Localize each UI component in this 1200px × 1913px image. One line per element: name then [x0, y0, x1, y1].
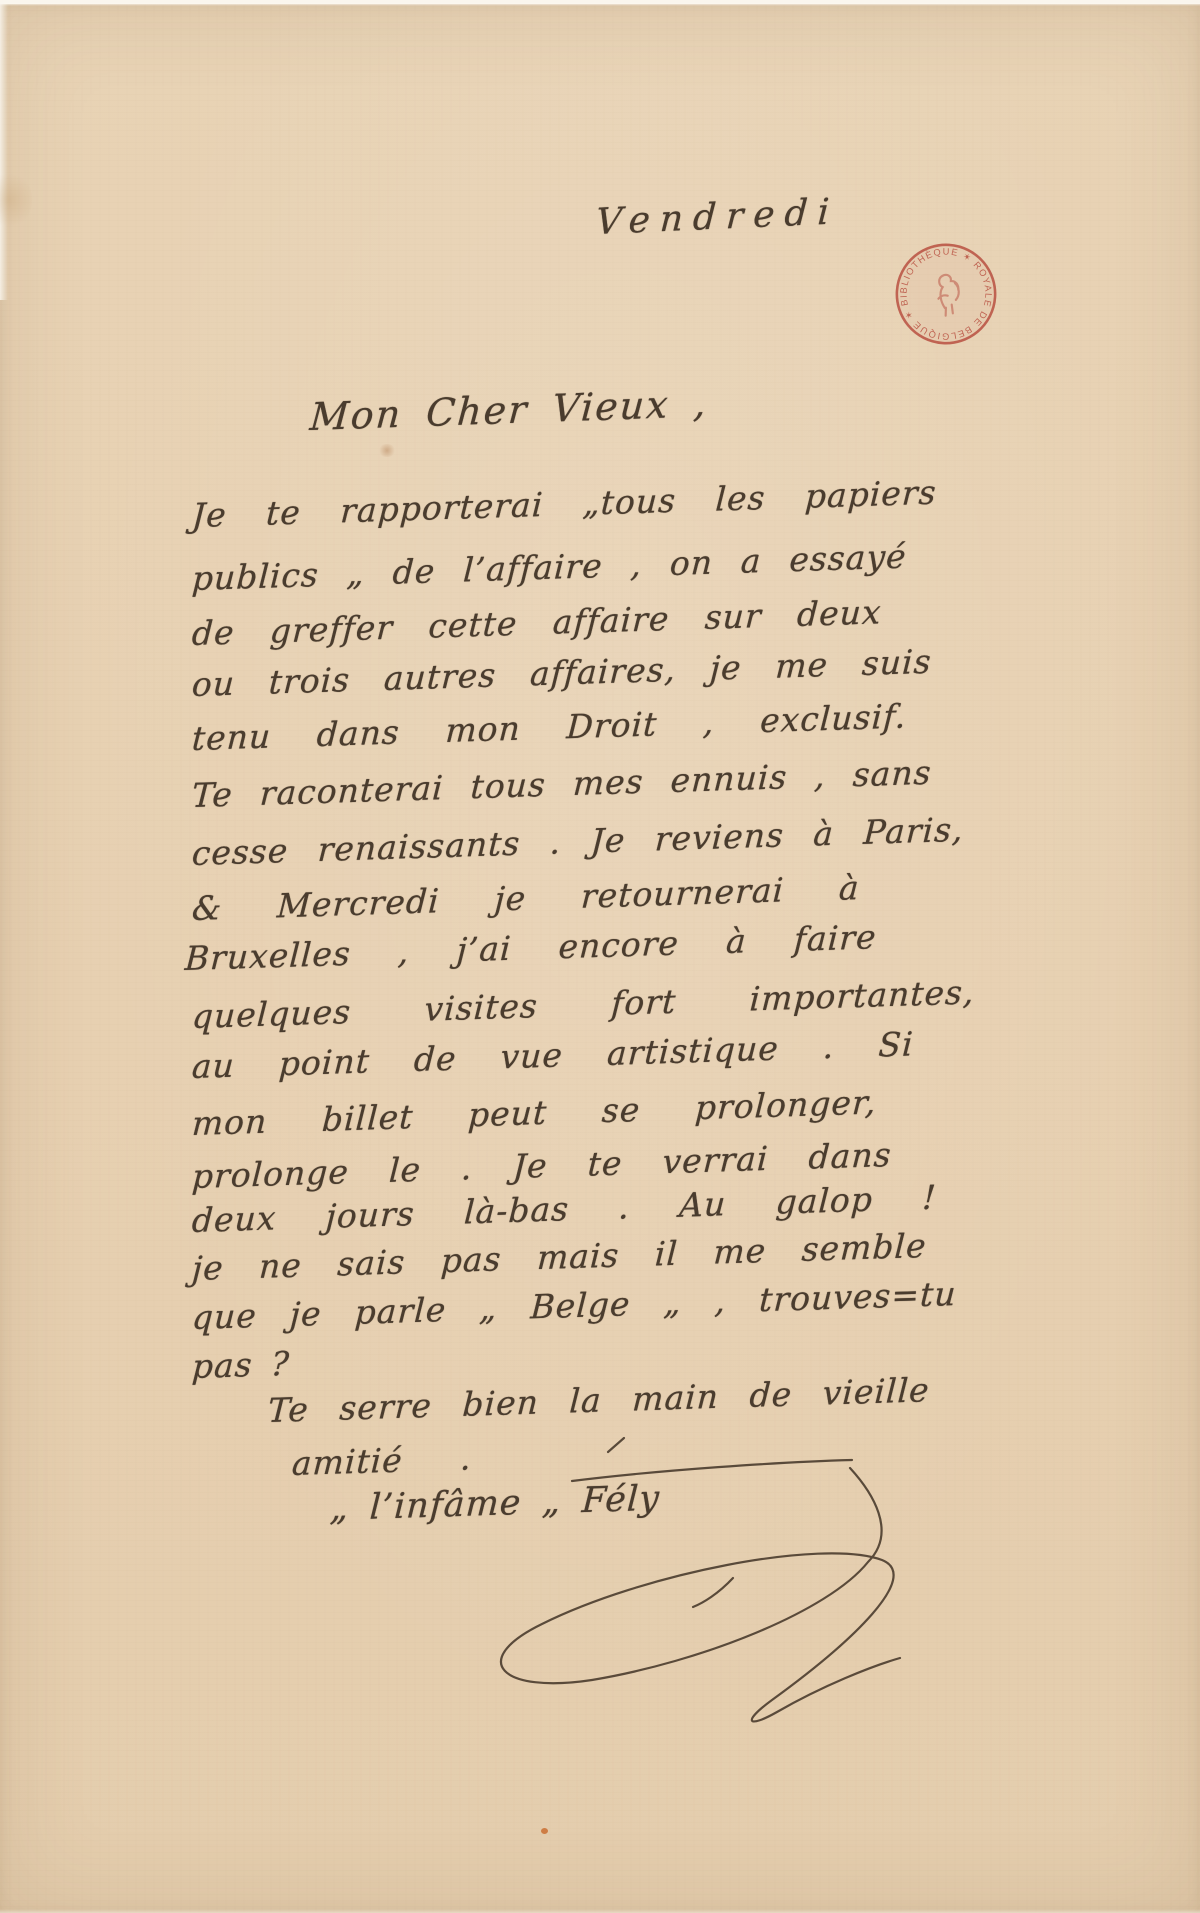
paper-stain — [378, 444, 396, 457]
scan-edge-left — [0, 0, 8, 300]
scan-edge-bottom — [0, 1909, 1200, 1913]
letter-line: pas ? — [191, 1339, 413, 1387]
paper-stain — [541, 1828, 548, 1834]
closing-line: amitié . — [291, 1437, 473, 1484]
scan-edge-top — [0, 0, 1200, 6]
letter-scan: Vendredi BIBLIOTHÈQUE ✶ ROYALE DE BELGIQ… — [0, 0, 1200, 1913]
